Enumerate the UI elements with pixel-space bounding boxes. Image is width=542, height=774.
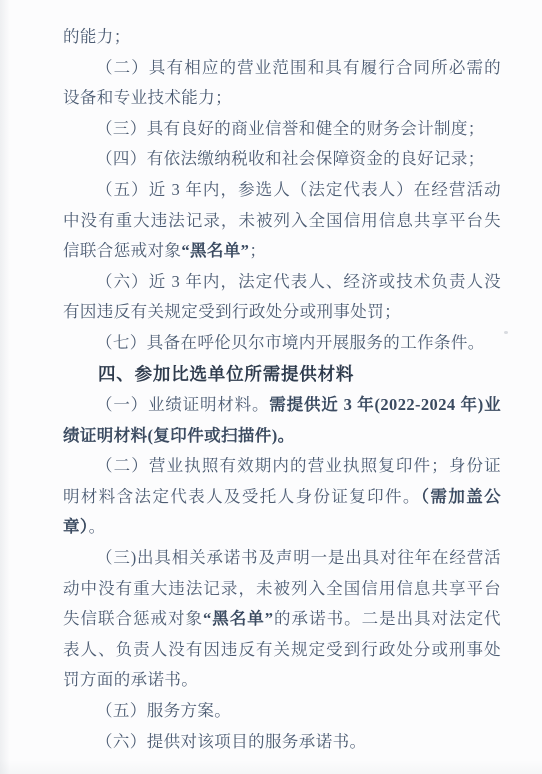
- paragraph-material-2: （二）营业执照有效期内的营业执照复印件；身份证明材料含法定代表人及受托人身份证复…: [63, 451, 501, 543]
- emphasized-term-blacklist: “黑名单”: [181, 241, 249, 260]
- paragraph-text: （七）具备在呼伦贝尔市境内开展服务的工作条件。: [96, 333, 485, 352]
- paragraph-item-3: （三）具有良好的商业信誉和健全的财务会计制度；: [63, 114, 501, 145]
- paragraph-text: ；: [249, 241, 266, 260]
- paragraph-material-3: （三)出具相关承诺书及声明一是出具对往年在经营活动中没有重大违法记录，未被列入全…: [63, 543, 501, 696]
- paragraph-text: （二）具有相应的营业范围和具有履行合同所必需的设备和专业技术能力；: [63, 58, 501, 108]
- paragraph-material-6: （六）提供对该项目的服务承诺书。: [63, 727, 501, 758]
- emphasized-term-blacklist: “黑名单”: [203, 609, 273, 628]
- paragraph-item-7: （七）具备在呼伦贝尔市境内开展服务的工作条件。: [63, 328, 501, 359]
- paragraph-text: （三）具有良好的商业信誉和健全的财务会计制度；: [96, 119, 485, 138]
- paragraph-item-5: （五）近 3 年内，参选人（法定代表人）在经营活动中没有重大违法记录，未被列入全…: [63, 175, 501, 267]
- paragraph-material-1: （一）业绩证明材料。需提供近 3 年(2022-2024 年)业绩证明材料(复印…: [63, 390, 501, 451]
- section-heading-materials: 四、参加比选单位所需提供材料: [63, 359, 501, 391]
- paragraph-text: （六）提供对该项目的服务承诺书。: [96, 732, 366, 751]
- paragraph-text: 的能力；: [63, 27, 131, 46]
- paragraph-item-6: （六）近 3 年内，法定代表人、经济或技术负责人没有因违反有关规定受到行政处分或…: [63, 267, 501, 328]
- paragraph-text: 。: [89, 517, 106, 536]
- paragraph-text: （五）近 3 年内，参选人（法定代表人）在经营活动中没有重大违法记录，未被列入全…: [63, 180, 501, 260]
- paragraph-continuation: 的能力；: [63, 22, 501, 53]
- paragraph-item-2: （二）具有相应的营业范围和具有履行合同所必需的设备和专业技术能力；: [63, 53, 501, 114]
- paragraph-text: （五）服务方案。: [96, 701, 231, 720]
- paragraph-item-4: （四）有依法缴纳税收和社会保障资金的良好记录；: [63, 144, 501, 175]
- section-heading-text: 四、参加比选单位所需提供材料: [98, 364, 354, 384]
- document-text-block: 的能力； （二）具有相应的营业范围和具有履行合同所必需的设备和专业技术能力； （…: [63, 22, 501, 757]
- paragraph-text: （一）业绩证明材料。: [96, 395, 269, 414]
- scan-artifact-speck: [504, 331, 508, 334]
- paragraph-material-5: （五）服务方案。: [63, 696, 501, 727]
- scanned-document-page: 的能力； （二）具有相应的营业范围和具有履行合同所必需的设备和专业技术能力； （…: [0, 0, 542, 774]
- paragraph-text: （六）近 3 年内，法定代表人、经济或技术负责人没有因违反有关规定受到行政处分或…: [63, 272, 501, 322]
- paragraph-text: （四）有依法缴纳税收和社会保障资金的良好记录；: [96, 149, 485, 168]
